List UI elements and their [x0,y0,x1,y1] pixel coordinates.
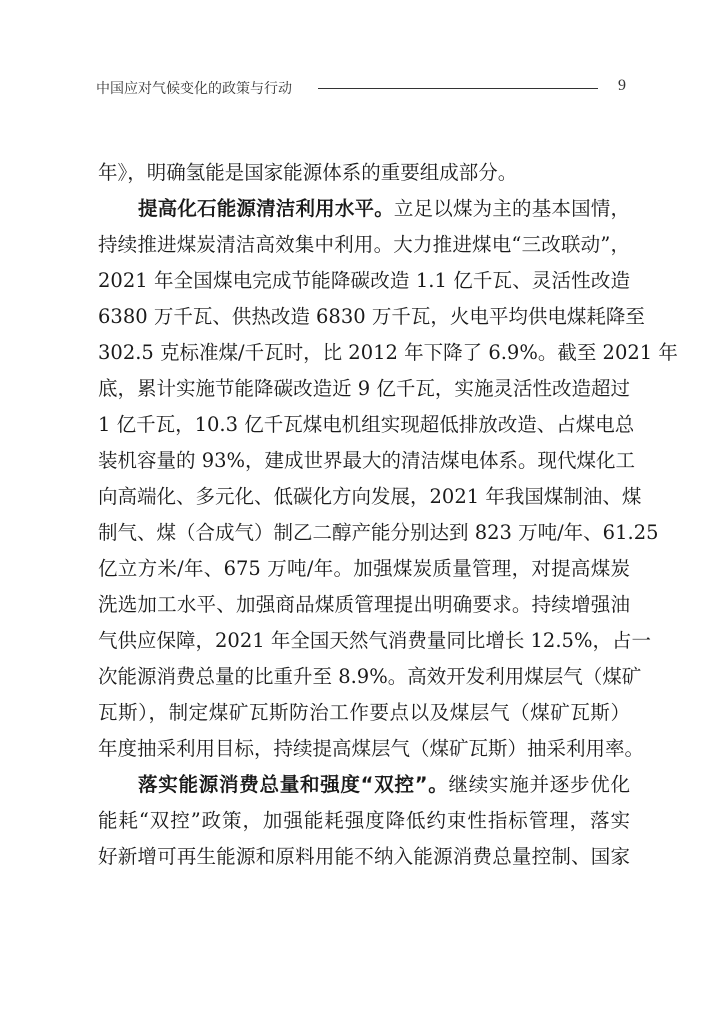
header-rule [318,88,598,89]
line-text: 年》，明确氢能是国家能源体系的重要组成部分。 [98,161,517,184]
line-text: 亿立方米/年、675 万吨/年。加强煤炭质量管理，对提高煤炭 [98,557,630,580]
text-line: 年》，明确氢能是国家能源体系的重要组成部分。 [98,155,630,191]
line-text: 302.5 克标准煤/千瓦时，比 2012 年下降了 6.9%。截至 2021 … [98,341,678,364]
page-number: 9 [618,77,626,95]
line-text: 底，累计实施节能降碳改造近 9 亿千瓦，实施灵活性改造超过 [98,377,630,400]
line-text: 气供应保障，2021 年全国天然气消费量同比增长 12.5%，占一 [98,629,651,652]
header-title: 中国应对气候变化的政策与行动 [96,78,292,98]
line-text: 制气、煤（合成气）制乙二醇产能分别达到 823 万吨/年、61.25 [98,521,659,544]
text-line: 洗选加工水平、加强商品煤质管理提出明确要求。持续增强油 [98,587,630,623]
line-text: 瓦斯），制定煤矿瓦斯防治工作要点以及煤层气（煤矿瓦斯） [98,701,630,724]
line-text: 持续推进煤炭清洁高效集中利用。大力推进煤电“三改联动”， [98,233,630,256]
text-line: 制气、煤（合成气）制乙二醇产能分别达到 823 万吨/年、61.25 [98,515,630,551]
paragraph-heading: 落实能源消费总量和强度“双控”。 [138,773,449,796]
text-line: 年度抽采利用目标，持续提高煤层气（煤矿瓦斯）抽采利用率。 [98,731,630,767]
line-text: 2021 年全国煤电完成节能降碳改造 1.1 亿千瓦、灵活性改造 [98,269,630,292]
text-line: 瓦斯），制定煤矿瓦斯防治工作要点以及煤层气（煤矿瓦斯） [98,695,630,731]
line-text: 6380 万千瓦、供热改造 6830 万千瓦，火电平均供电煤耗降至 [98,305,645,328]
line-text: 次能源消费总量的比重升至 8.9%。高效开发利用煤层气（煤矿 [98,665,641,688]
text-line: 装机容量的 93%，建成世界最大的清洁煤电体系。现代煤化工 [98,443,630,479]
line-text: 洗选加工水平、加强商品煤质管理提出明确要求。持续增强油 [98,593,630,616]
text-line: 302.5 克标准煤/千瓦时，比 2012 年下降了 6.9%。截至 2021 … [98,335,630,371]
text-line: 6380 万千瓦、供热改造 6830 万千瓦，火电平均供电煤耗降至 [98,299,630,335]
paragraph-heading-line: 落实能源消费总量和强度“双控”。继续实施并逐步优化 [98,767,630,803]
line-text: 能耗“双控”政策，加强能耗强度降低约束性指标管理，落实 [98,809,630,832]
text-line: 能耗“双控”政策，加强能耗强度降低约束性指标管理，落实 [98,803,630,839]
text-line: 向高端化、多元化、低碳化方向发展，2021 年我国煤制油、煤 [98,479,630,515]
line-text: 装机容量的 93%，建成世界最大的清洁煤电体系。现代煤化工 [98,449,635,472]
line-text: 好新增可再生能源和原料用能不纳入能源消费总量控制、国家 [98,845,630,868]
text-line: 底，累计实施节能降碳改造近 9 亿千瓦，实施灵活性改造超过 [98,371,630,407]
paragraph-heading: 提高化石能源清洁利用水平。 [138,197,394,220]
text-line: 1 亿千瓦，10.3 亿千瓦煤电机组实现超低排放改造、占煤电总 [98,407,630,443]
text-line: 亿立方米/年、675 万吨/年。加强煤炭质量管理，对提高煤炭 [98,551,630,587]
running-header: 中国应对气候变化的政策与行动 9 [96,78,630,100]
paragraph-heading-line: 提高化石能源清洁利用水平。立足以煤为主的基本国情， [98,191,630,227]
text-line: 持续推进煤炭清洁高效集中利用。大力推进煤电“三改联动”， [98,227,630,263]
text-line: 气供应保障，2021 年全国天然气消费量同比增长 12.5%，占一 [98,623,630,659]
text-line: 2021 年全国煤电完成节能降碳改造 1.1 亿千瓦、灵活性改造 [98,263,630,299]
line-text: 立足以煤为主的基本国情， [394,197,630,220]
line-text: 年度抽采利用目标，持续提高煤层气（煤矿瓦斯）抽采利用率。 [98,737,644,760]
line-text: 继续实施并逐步优化 [449,773,630,796]
body-text: 年》，明确氢能是国家能源体系的重要组成部分。提高化石能源清洁利用水平。立足以煤为… [98,155,630,875]
text-line: 次能源消费总量的比重升至 8.9%。高效开发利用煤层气（煤矿 [98,659,630,695]
line-text: 向高端化、多元化、低碳化方向发展，2021 年我国煤制油、煤 [98,485,641,508]
text-line: 好新增可再生能源和原料用能不纳入能源消费总量控制、国家 [98,839,630,875]
line-text: 1 亿千瓦，10.3 亿千瓦煤电机组实现超低排放改造、占煤电总 [98,413,634,436]
